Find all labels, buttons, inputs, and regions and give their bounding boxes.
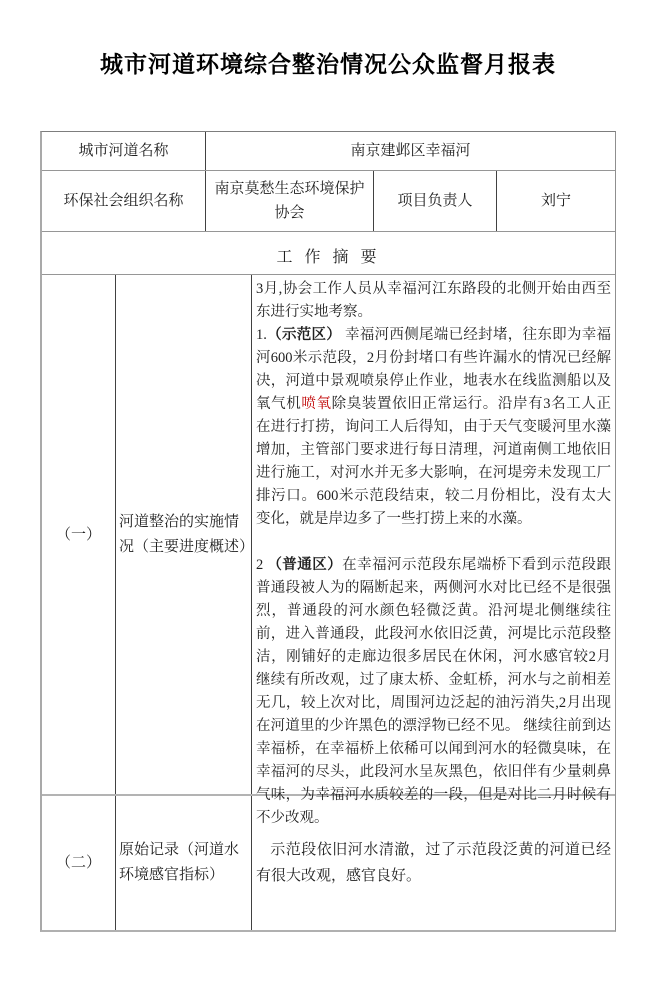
org-value: 南京莫愁生态环境保护协会	[205, 171, 373, 231]
section-2-label: 原始记录（河道水环境感官指标）	[115, 796, 251, 930]
work-summary-heading: 工 作 摘 要	[42, 232, 615, 274]
demonstration-zone-paragraph: 1.（示范区） 幸福河西侧尾端已经封堵，往东即为幸福河600米示范段，2月份封堵…	[256, 324, 611, 531]
survey-intro-paragraph: 3月,协会工作人员从幸福河江东路段的北侧开始由西至东进行实地考察。	[256, 278, 611, 324]
highlighted-red-text: 喷氧	[301, 396, 331, 412]
project-leader-label: 项目负责人	[373, 171, 496, 231]
row-summary-header: 工 作 摘 要	[42, 231, 615, 274]
project-leader-value: 刘宁	[496, 171, 615, 231]
section-2-index: （二）	[42, 796, 115, 930]
org-label: 环保社会组织名称	[42, 171, 205, 231]
item-number: 2	[256, 557, 267, 573]
section-1-index: （一）	[42, 275, 115, 794]
report-title: 城市河道环境综合整治情况公众监督月报表	[0, 0, 656, 80]
row-section-2: （二） 原始记录（河道水环境感官指标） 示范段依旧河水清澈，过了示范段泛黄的河道…	[42, 794, 615, 930]
ordinary-zone-paragraph: 2 （普通区）在幸福河示范段东尾端桥下看到示范段跟普通段被人为的隔断起来，两侧河…	[256, 554, 611, 830]
item-number: 1.	[256, 327, 267, 343]
river-name-label: 城市河道名称	[42, 132, 205, 170]
row-river-name: 城市河道名称 南京建邺区幸福河	[42, 132, 615, 170]
row-organization: 环保社会组织名称 南京莫愁生态环境保护协会 项目负责人 刘宁	[42, 170, 615, 231]
section-1-content: 3月,协会工作人员从幸福河江东路段的北侧开始由西至东进行实地考察。 1.（示范区…	[251, 275, 615, 794]
zone-tag-demo: （示范区）	[267, 327, 341, 343]
row-section-1: （一） 河道整治的实施情况（主要进度概述） 3月,协会工作人员从幸福河江东路段的…	[42, 274, 615, 794]
section-1-label: 河道整治的实施情况（主要进度概述）	[115, 275, 251, 794]
original-record-paragraph: 示范段依旧河水清澈，过了示范段泛黄的河道已经有很大改观，感官良好。	[256, 837, 611, 889]
report-table: 城市河道名称 南京建邺区幸福河 环保社会组织名称 南京莫愁生态环境保护协会 项目…	[40, 131, 616, 932]
zone-tag-ordinary: （普通区）	[267, 557, 342, 573]
section-2-content: 示范段依旧河水清澈，过了示范段泛黄的河道已经有很大改观，感官良好。	[251, 796, 615, 930]
river-name-value: 南京建邺区幸福河	[205, 132, 615, 170]
